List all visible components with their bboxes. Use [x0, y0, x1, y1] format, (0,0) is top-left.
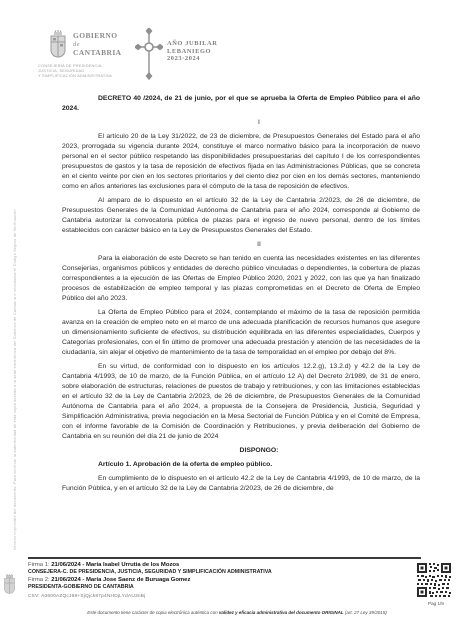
- signature-1-role: CONSEJERA-C. DE PRESIDENCIA, JUSTICIA, S…: [28, 569, 388, 576]
- margin-verification-text: Versión imprimible del documento. Para v…: [13, 95, 22, 550]
- paragraph-4: La Oferta de Empleo Público para el 2024…: [62, 308, 420, 358]
- paragraph-1: El artículo 20 de la Ley 31/2022, de 23 …: [62, 132, 420, 192]
- paragraph-3: Para la elaboración de este Decreto se h…: [62, 254, 420, 304]
- section-marker-1: I: [62, 118, 420, 128]
- signature-2-value: 21/06/2024 - Maria Jose Saenz de Buruaga…: [51, 577, 190, 583]
- article-1-heading: Artículo 1. Aprobación de la oferta de e…: [62, 460, 420, 470]
- decree-title: DECRETO 40 /2024, de 21 de junio, por el…: [62, 94, 420, 114]
- document-page: GOBIERNO de CANTABRIA CONSEJERÍA DE PRES…: [0, 0, 474, 632]
- lebaniego-cross-icon: [135, 28, 163, 87]
- paragraph-2: Al amparo de lo dispuesto en el artículo…: [62, 196, 420, 236]
- dispongo-heading: DISPONGO:: [62, 446, 420, 456]
- signature-2-label: Firma 2:: [28, 577, 50, 583]
- signature-2-role: PRESIDENTA-GOBIERNO DE CANTABRIA: [28, 584, 388, 591]
- gov-line-3: CANTABRIA: [73, 49, 121, 58]
- paragraph-6: En cumplimiento de lo dispuesto en el ar…: [62, 474, 420, 494]
- legal-suffix: (art. 27 Ley 39/2015): [344, 610, 387, 615]
- signature-1-value: 21/06/2024 - Maria Isabel Urrutia de los…: [51, 562, 179, 568]
- document-body: DECRETO 40 /2024, de 21 de junio, por el…: [62, 94, 420, 498]
- cantabria-coat-of-arms-icon: [47, 30, 69, 67]
- gov-line-1: GOBIERNO: [73, 32, 121, 41]
- jubilee-line-2: LEBANIEGO: [167, 48, 217, 56]
- csv-code: CSV: A0600AZQcJ68+SjQjck87p4NHDjLYdAU3nB…: [28, 593, 388, 600]
- department-name: CONSEJERÍA DE PRESIDENCIA, JUSTICIA, SEG…: [38, 64, 112, 78]
- legal-bold: validez y eficacia administrativa del do…: [219, 610, 344, 615]
- section-marker-2: II: [62, 240, 420, 250]
- signature-block: Firma 1: 21/06/2024 - Maria Isabel Urrut…: [28, 562, 388, 600]
- signature-1-label: Firma 1:: [28, 562, 50, 568]
- jubilee-year-label: AÑO JUBILAR LEBANIEGO 2023·2024: [167, 40, 217, 63]
- legal-copy-notice: Este documento tiene carácter de copia e…: [0, 610, 474, 615]
- signature-2-line: Firma 2: 21/06/2024 - Maria Jose Saenz d…: [28, 577, 388, 584]
- qr-code: [416, 562, 452, 603]
- footer-coat-of-arms-icon: [2, 574, 17, 603]
- jubilee-line-3: 2023·2024: [167, 55, 217, 63]
- dept-line-3: Y SIMPLIFICACIÓN ADMINISTRATIVA: [38, 74, 112, 79]
- paragraph-5: En su virtud, de conformidad con lo disp…: [62, 362, 420, 442]
- legal-prefix: Este documento tiene carácter de copia e…: [87, 610, 219, 615]
- page-number: Pag 1/9: [428, 601, 444, 606]
- signature-divider: [28, 557, 421, 559]
- government-wordmark: GOBIERNO de CANTABRIA: [73, 32, 121, 58]
- jubilee-line-1: AÑO JUBILAR: [167, 40, 217, 48]
